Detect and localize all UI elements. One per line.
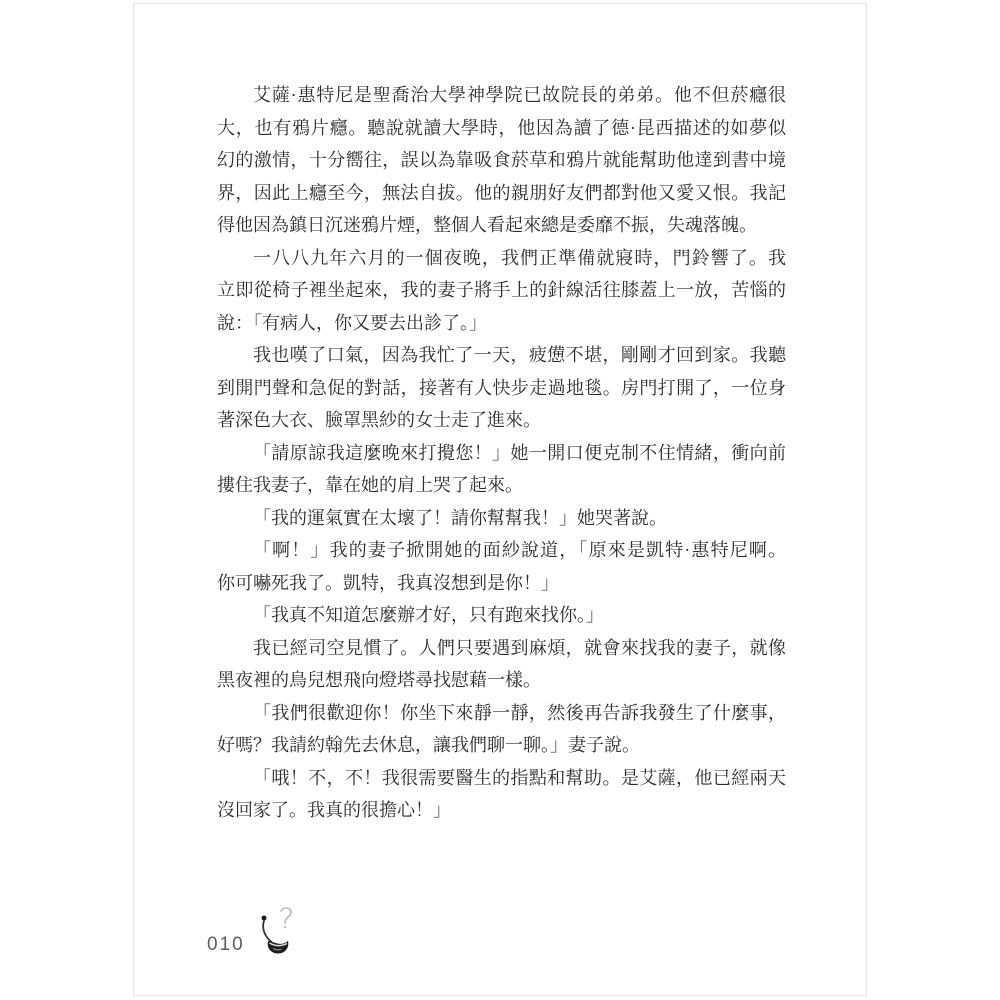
text-line: 界，因此上癮至今，無法自拔。他的親朋好友們都對他又愛又恨。我記 (217, 177, 786, 210)
text-line: 「我真不知道怎麼辦才好，只有跑來找你。」 (217, 599, 786, 632)
text-line: 你可嚇死我了。凱特，我真沒想到是你！」 (217, 567, 786, 600)
book-page: 艾薩·惠特尼是聖喬治大學神學院已故院長的弟弟。他不但菸癮很大，也有鴉片癮。聽說就… (133, 3, 867, 996)
text-line: 立即從椅子裡坐起來，我的妻子將手上的針線活往膝蓋上一放，苦惱的 (217, 274, 786, 307)
page-footer: 010 (207, 904, 299, 962)
text-line: 說：「有病人，你又要去出診了。」 (217, 307, 786, 340)
paragraph: 一八八九年六月的一個夜晚，我們正準備就寢時，門鈴響了。我立即從椅子裡坐起來，我的… (217, 242, 786, 340)
text-line: 「我的運氣實在太壞了！請你幫幫我！」她哭著說。 (217, 502, 786, 535)
paragraph: 我也嘆了口氣，因為我忙了一天，疲憊不堪，剛剛才回到家。我聽到開門聲和急促的對話，… (217, 339, 786, 437)
page-number: 010 (207, 934, 245, 956)
paragraph: 艾薩·惠特尼是聖喬治大學神學院已故院長的弟弟。他不但菸癮很大，也有鴉片癮。聽說就… (217, 79, 786, 242)
text-line: 「請原諒我這麼晚來打攪您！」她一開口便克制不住情緒，衝向前 (217, 437, 786, 470)
text-line: 一八八九年六月的一個夜晚，我們正準備就寢時，門鈴響了。我 (217, 242, 786, 275)
paragraph: 「我真不知道怎麼辦才好，只有跑來找你。」 (217, 599, 786, 632)
text-line: 得他因為鎮日沉迷鴉片煙，整個人看起來總是委靡不振，失魂落魄。 (217, 209, 786, 242)
text-line: 艾薩·惠特尼是聖喬治大學神學院已故院長的弟弟。他不但菸癮很 (217, 79, 786, 112)
text-line: 摟住我妻子，靠在她的肩上哭了起來。 (217, 469, 786, 502)
paragraph: 「我的運氣實在太壞了！請你幫幫我！」她哭著說。 (217, 502, 786, 535)
text-line: 黑夜裡的鳥兒想飛向燈塔尋找慰藉一樣。 (217, 664, 786, 697)
text-line: 我已經司空見慣了。人們只要遇到麻煩，就會來找我的妻子，就像 (217, 632, 786, 665)
paragraph: 「我們很歡迎你！你坐下來靜一靜，然後再告訴我發生了什麼事，好嗎？我請約翰先去休息… (217, 697, 786, 762)
text-block: 艾薩·惠特尼是聖喬治大學神學院已故院長的弟弟。他不但菸癮很大，也有鴉片癮。聽說就… (217, 79, 786, 827)
text-line: 大，也有鴉片癮。聽說就讀大學時，他因為讀了德·昆西描述的如夢似 (217, 112, 786, 145)
text-line: 幻的激情，十分嚮往，誤以為靠吸食菸草和鴉片就能幫助他達到書中境 (217, 144, 786, 177)
text-line: 到開門聲和急促的對話，接著有人快步走過地毯。房門打開了，一位身 (217, 372, 786, 405)
text-line: 「哦！不，不！我很需要醫生的指點和幫助。是艾薩，他已經兩天 (217, 762, 786, 795)
text-line: 「我們很歡迎你！你坐下來靜一靜，然後再告訴我發生了什麼事， (217, 697, 786, 730)
text-line: 「啊！」我的妻子掀開她的面紗說道，「原來是凱特·惠特尼啊。 (217, 534, 786, 567)
text-line: 著深色大衣、臉罩黑紗的女士走了進來。 (217, 404, 786, 437)
pipe-icon (257, 904, 299, 962)
screenshot-stage: 艾薩·惠特尼是聖喬治大學神學院已故院長的弟弟。他不但菸癮很大，也有鴉片癮。聽說就… (0, 0, 1000, 1000)
paragraph: 我已經司空見慣了。人們只要遇到麻煩，就會來找我的妻子，就像黑夜裡的鳥兒想飛向燈塔… (217, 632, 786, 697)
paragraph: 「啊！」我的妻子掀開她的面紗說道，「原來是凱特·惠特尼啊。你可嚇死我了。凱特，我… (217, 534, 786, 599)
text-line: 好嗎？我請約翰先去休息，讓我們聊一聊。」妻子說。 (217, 729, 786, 762)
text-line: 沒回家了。我真的很擔心！」 (217, 794, 786, 827)
text-line: 我也嘆了口氣，因為我忙了一天，疲憊不堪，剛剛才回到家。我聽 (217, 339, 786, 372)
paragraph: 「請原諒我這麼晚來打攪您！」她一開口便克制不住情緒，衝向前摟住我妻子，靠在她的肩… (217, 437, 786, 502)
paragraph: 「哦！不，不！我很需要醫生的指點和幫助。是艾薩，他已經兩天沒回家了。我真的很擔心… (217, 762, 786, 827)
